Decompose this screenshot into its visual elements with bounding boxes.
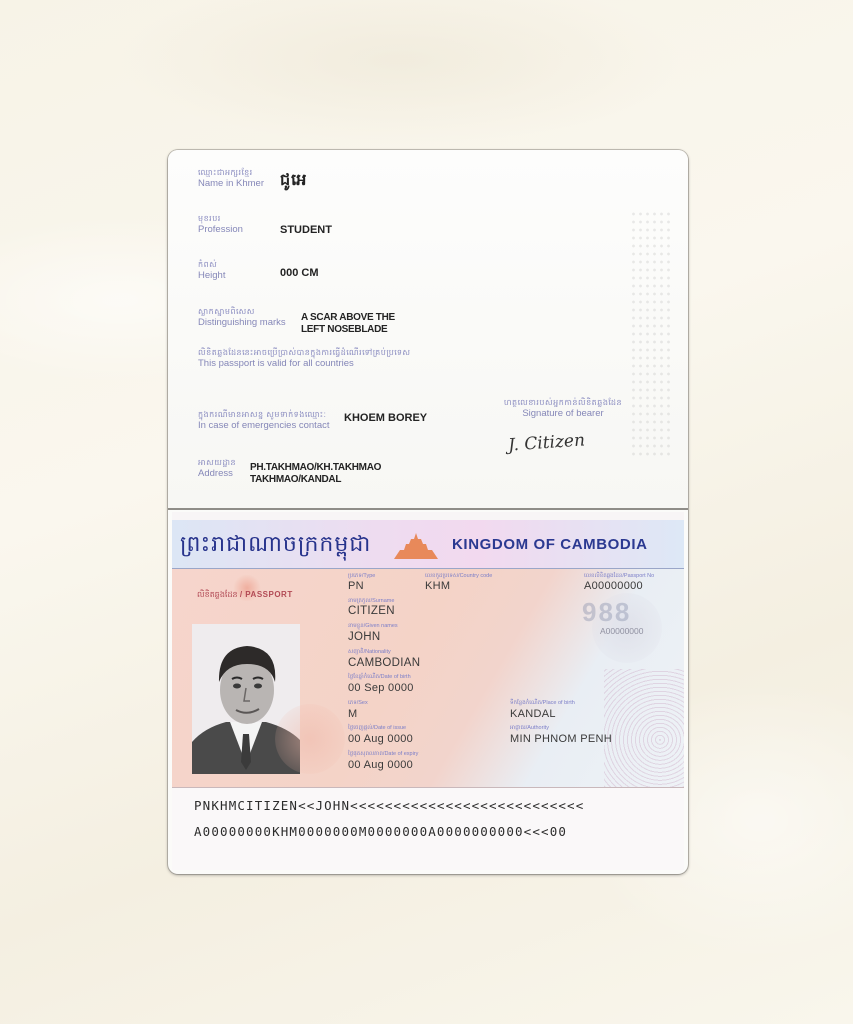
name-in-khmer-label: ឈ្មោះជាអក្សរខ្មែរ Name in Khmer xyxy=(198,168,264,190)
label-kh: អាសយដ្ឋាន xyxy=(198,458,236,468)
guilloche-pattern xyxy=(604,669,684,787)
type-label: ប្រភេទ/Type xyxy=(348,572,375,580)
kingdom-title-khmer: ព្រះរាជាណាចក្រកម្ពុជា xyxy=(180,530,371,562)
date-of-birth-value: 00 Sep 0000 xyxy=(348,682,414,694)
ghost-digits: 988 xyxy=(582,597,631,628)
label-en: In case of emergencies contact xyxy=(198,420,330,432)
validity-statement: លិខិតឆ្លងដែននេះអាចប្រើប្រាស់បានក្នុងការធ… xyxy=(198,348,411,370)
type-value: PN xyxy=(348,580,364,592)
address-line-1: PH.TAKHMAO/KH.TAKHMAO xyxy=(250,462,381,474)
address-label: អាសយដ្ឋាន Address xyxy=(198,458,236,480)
mrz-line-2: A00000000KHM0000000M0000000A0000000000<<… xyxy=(194,824,567,839)
label-en: This passport is valid for all countries xyxy=(198,358,411,370)
distinguishing-marks-label: ស្លាកស្នាមពិសេស Distinguishing marks xyxy=(198,307,286,329)
given-names-label: នាមខ្លួន/Given names xyxy=(348,622,398,630)
label-en: Profession xyxy=(198,224,243,236)
label-kh: ហត្ថលេខារបស់អ្នកកាន់លិខិតឆ្លងដែន xyxy=(478,398,648,408)
place-of-birth-value: KANDAL xyxy=(510,708,556,720)
bearer-signature: J. Citizen xyxy=(507,430,585,455)
date-of-issue-value: 00 Aug 0000 xyxy=(348,733,413,745)
signature-label: ហត្ថលេខារបស់អ្នកកាន់លិខិតឆ្លងដែន Signatu… xyxy=(478,398,648,420)
label-en: Address xyxy=(198,468,236,480)
surname-label: នាមត្រកូល/Surname xyxy=(348,597,394,605)
label-en: Name in Khmer xyxy=(198,178,264,190)
label-kh: ឈ្មោះជាអក្សរខ្មែរ xyxy=(198,168,264,178)
emergency-contact-label: ក្នុងករណីមានអាសន្ន សូមទាក់ទងឈ្មោះ: In ca… xyxy=(198,410,330,432)
hologram-seal xyxy=(275,704,345,774)
address-line-2: TAKHMAO/KANDAL xyxy=(250,474,381,486)
address-value: PH.TAKHMAO/KH.TAKHMAO TAKHMAO/KANDAL xyxy=(250,462,381,486)
surname-value: CITIZEN xyxy=(348,605,395,617)
passport-label-en: / PASSPORT xyxy=(240,590,293,599)
distinguishing-marks-value: A SCAR ABOVE THE LEFT NOSEBLADE xyxy=(301,312,395,336)
label-kh: ស្លាកស្នាមពិសេស xyxy=(198,307,286,317)
sex-label: ភេទ/Sex xyxy=(348,699,368,707)
passport-booklet: ឈ្មោះជាអក្សរខ្មែរ Name in Khmer ជូអេ មុខ… xyxy=(168,150,688,874)
observations-page: ឈ្មោះជាអក្សរខ្មែរ Name in Khmer ជូអេ មុខ… xyxy=(168,150,688,510)
marks-line-1: A SCAR ABOVE THE xyxy=(301,312,395,324)
height-value: 000 CM xyxy=(280,267,319,279)
sex-value: M xyxy=(348,708,357,720)
mrz-line-1: PNKHMCITIZEN<<JOHN<<<<<<<<<<<<<<<<<<<<<<… xyxy=(194,798,584,813)
passport-label-kh: លិខិតឆ្លងដែន xyxy=(197,590,238,599)
kingdom-title-english: KINGDOM OF CAMBODIA xyxy=(452,536,648,553)
label-kh: លិខិតឆ្លងដែននេះអាចប្រើប្រាស់បានក្នុងការធ… xyxy=(198,348,411,358)
place-of-birth-label: ទីកន្លែងកំណើត/Place of birth xyxy=(510,699,575,707)
label-en: Signature of bearer xyxy=(478,408,648,420)
profession-label: មុខរបរ Profession xyxy=(198,214,243,236)
document-type-label: លិខិតឆ្លងដែន / PASSPORT xyxy=(197,589,293,601)
date-of-birth-label: ថ្ងៃខែឆ្នាំកំណើត/Date of birth xyxy=(348,673,411,681)
ghost-passport-number: A00000000 xyxy=(600,626,644,636)
label-kh: ក្នុងករណីមានអាសន្ន សូមទាក់ទងឈ្មោះ: xyxy=(198,410,330,420)
authority-label: អាជ្ញាធរ/Authority xyxy=(510,724,549,732)
passport-no-value: A00000000 xyxy=(584,580,643,592)
authority-value: MIN PHNOM PENH xyxy=(510,733,612,745)
label-en: Height xyxy=(198,270,225,282)
profession-value: STUDENT xyxy=(280,224,332,236)
emergency-contact-value: KHOEM BOREY xyxy=(344,412,427,424)
given-names-value: JOHN xyxy=(348,631,381,643)
header-band: ព្រះរាជាណាចក្រកម្ពុជា KINGDOM OF CAMBODI… xyxy=(172,520,684,569)
angkor-temple-icon xyxy=(392,532,440,560)
label-kh: មុខរបរ xyxy=(198,214,243,224)
passport-no-label: លេខលិខិតឆ្លងដែន/Passport No xyxy=(584,572,654,580)
label-kh: កំពស់ xyxy=(198,260,225,270)
date-of-expiry-value: 00 Aug 0000 xyxy=(348,759,413,771)
machine-readable-zone: PNKHMCITIZEN<<JOHN<<<<<<<<<<<<<<<<<<<<<<… xyxy=(172,788,684,870)
nationality-label: សញ្ជាតិ/Nationality xyxy=(348,648,391,656)
data-page: ព្រះរាជាណាចក្រកម្ពុជា KINGDOM OF CAMBODI… xyxy=(172,512,684,870)
marks-line-2: LEFT NOSEBLADE xyxy=(301,324,395,336)
country-code-label: លេខកូដប្រទេស/Country code xyxy=(425,572,492,580)
height-label: កំពស់ Height xyxy=(198,260,225,282)
security-dot-pattern xyxy=(630,210,670,460)
date-of-issue-label: ថ្ងៃចេញផ្តល់/Date of issue xyxy=(348,724,406,732)
nationality-value: CAMBODIAN xyxy=(348,657,420,669)
label-en: Distinguishing marks xyxy=(198,317,286,329)
country-code-value: KHM xyxy=(425,580,450,592)
name-in-khmer-value: ជូអេ xyxy=(280,175,307,187)
date-of-expiry-label: ថ្ងៃផុតសុពលភាព/Date of expiry xyxy=(348,750,418,758)
personal-data-area: លិខិតឆ្លងដែន / PASSPORT xyxy=(172,569,684,788)
